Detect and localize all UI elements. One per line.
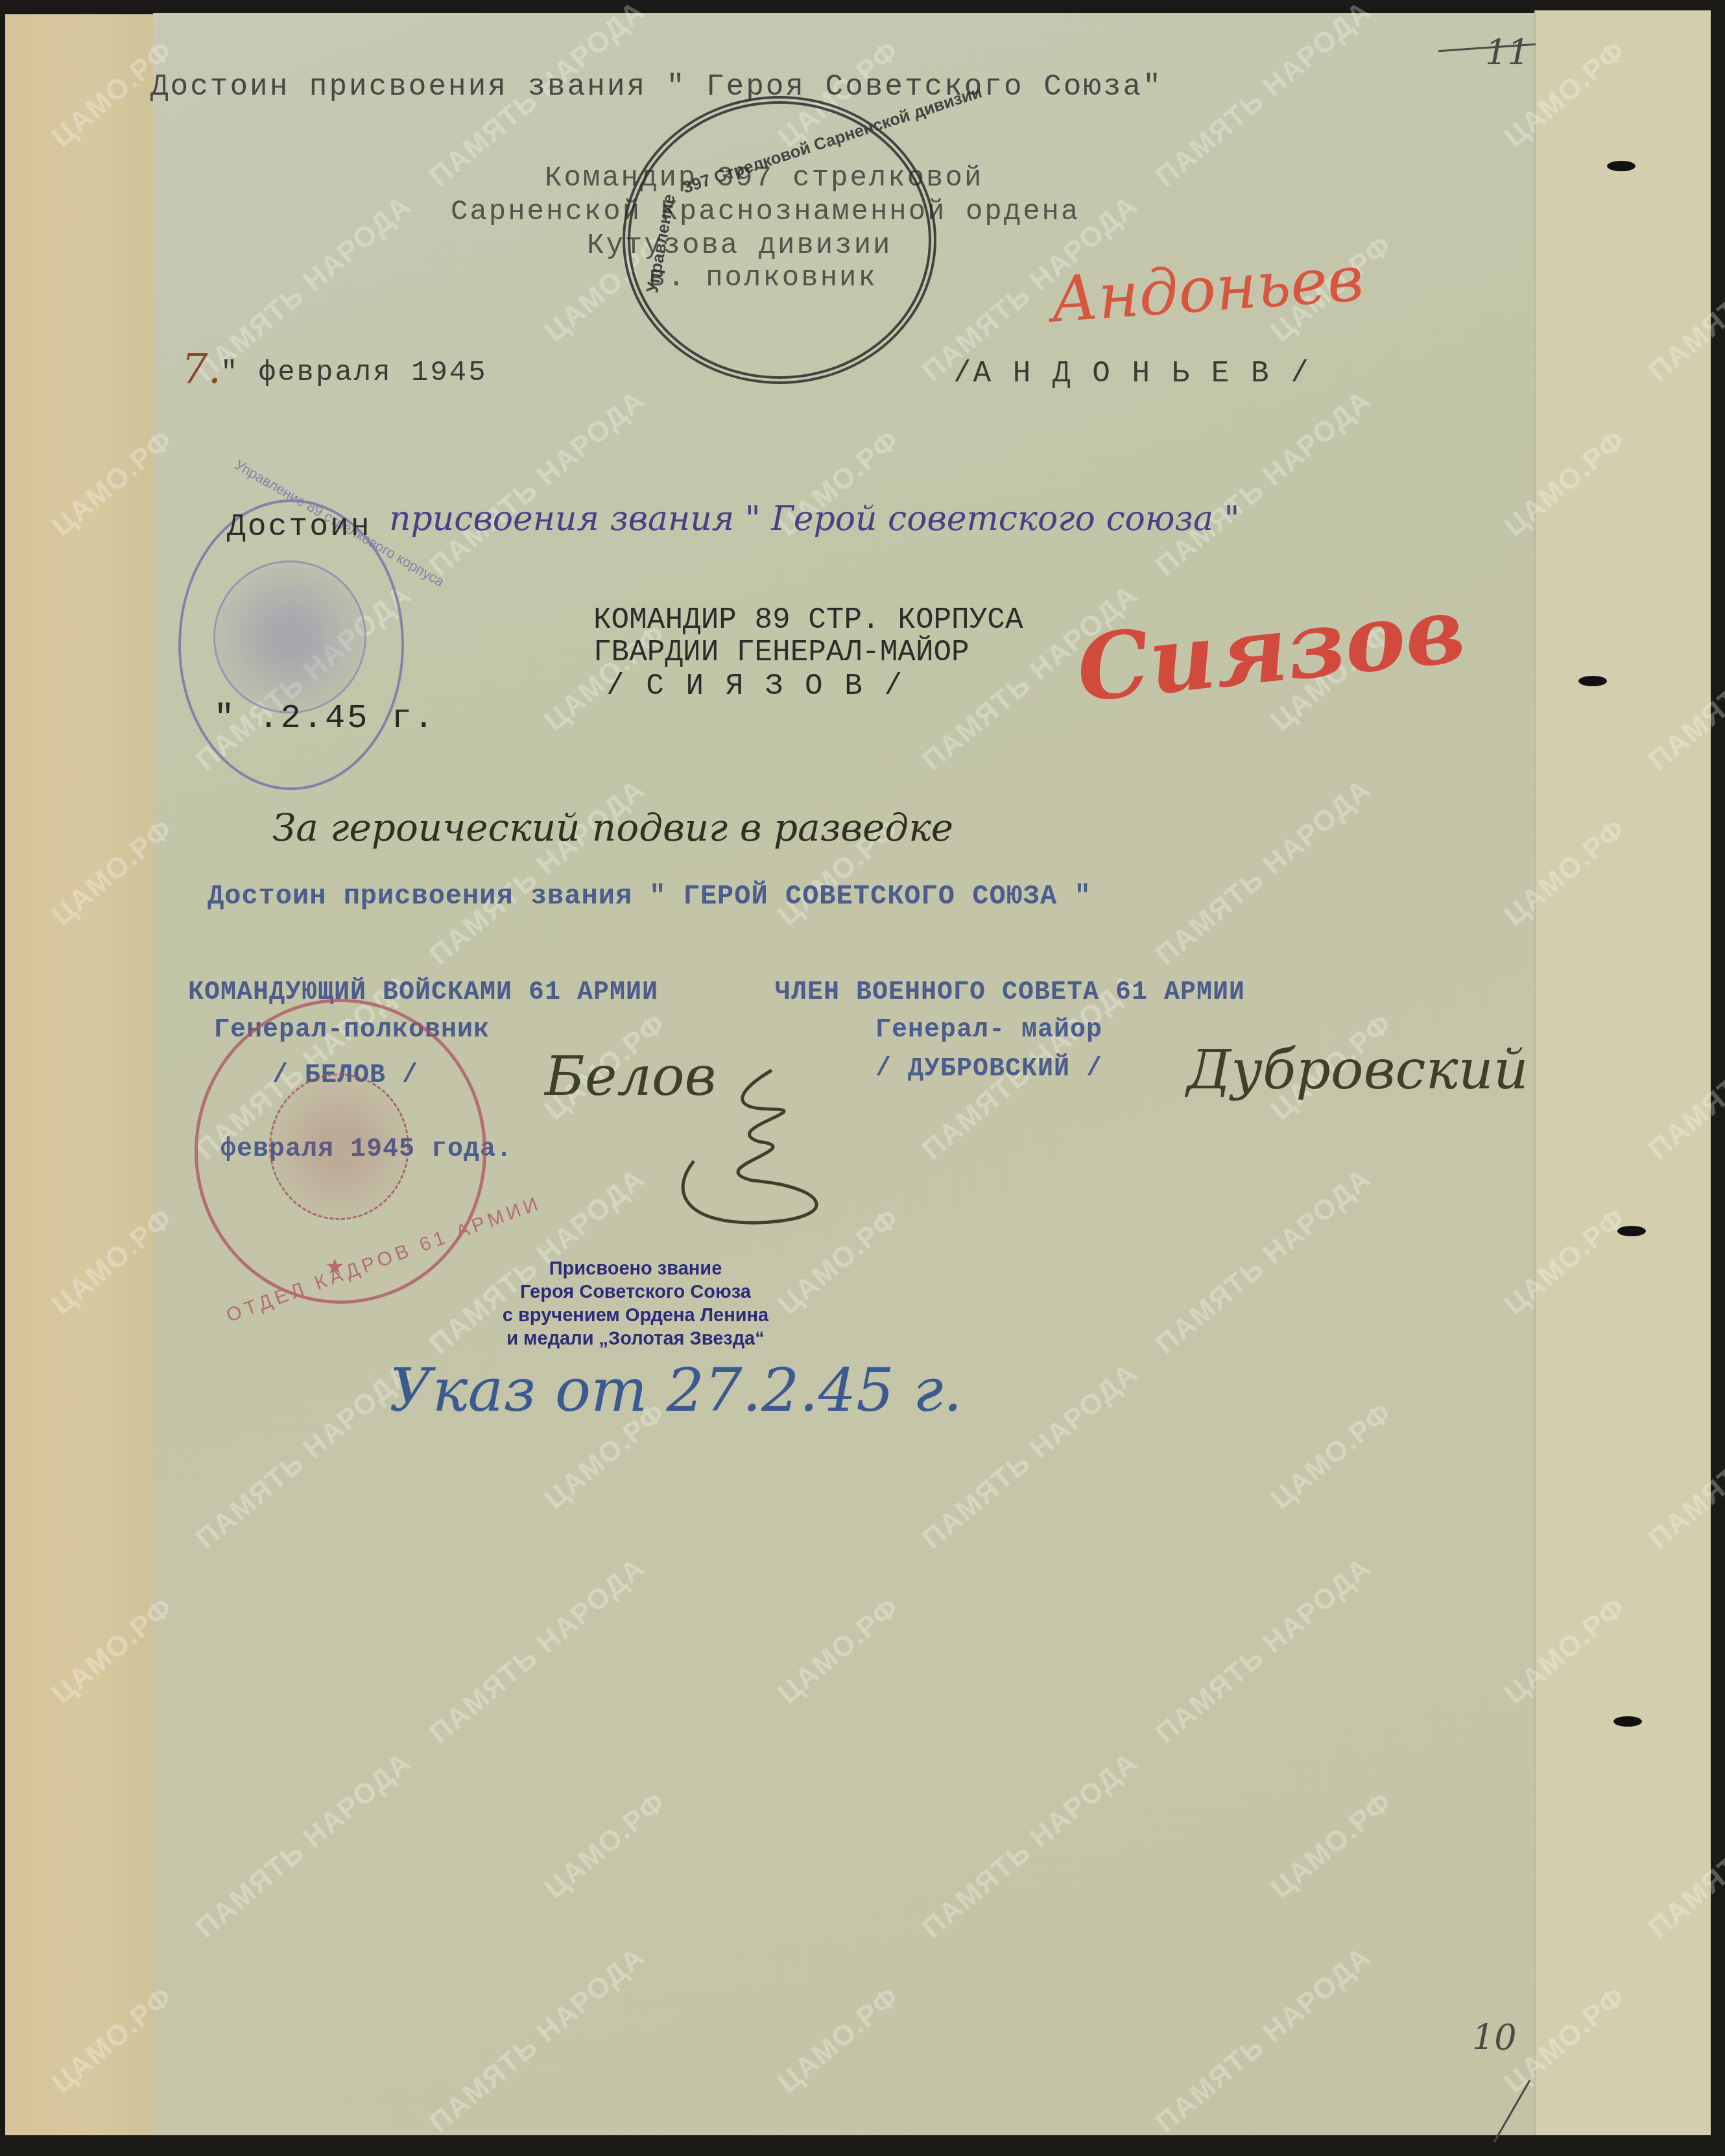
award-stamp-line2: Героя Советского Союза [454, 1280, 817, 1304]
army-resolution: Достоин присвоения звания " ГЕРОЙ СОВЕТС… [208, 881, 1091, 912]
award-confirmation-stamp: Присвоено звание Героя Советского Союза … [454, 1257, 817, 1350]
date-day-handwritten: 7. [182, 345, 221, 393]
corps-commander-line1: КОМАНДИР 89 СТР. КОРПУСА [593, 603, 1023, 637]
margin-note-top: 11 [1485, 32, 1530, 73]
heading-line: Достоин присвоения звания " Героя Советс… [150, 70, 1163, 104]
star-icon: ★ [325, 1254, 344, 1281]
army-commander-title: КОМАНДУЮЩИЙ ВОЙСКАМИ 61 АРМИИ [188, 978, 658, 1007]
corps-commander-line2: ГВАРДИИ ГЕНЕРАЛ-МАЙОР [593, 636, 970, 669]
military-council-name: / ДУБРОВСКИЙ / [875, 1055, 1102, 1084]
signature-name-andonyev: /А Н Д О Н Ь Е В / [953, 357, 1311, 390]
army-seal-emblem [269, 1073, 409, 1220]
award-stamp-line1: Присвоено звание [454, 1257, 817, 1280]
punch-hole [1578, 676, 1607, 686]
signature-flourish [661, 1064, 869, 1226]
signature-dubrovsky: Дубровский [1187, 1038, 1529, 1101]
punch-hole [1607, 161, 1636, 171]
coat-of-arms-emblem [213, 560, 366, 713]
punch-hole [1613, 1716, 1642, 1727]
handwritten-resolution: присвоения звания " Герой советского сою… [389, 499, 1239, 538]
corps-commander-line3: / С И Я З О В / [606, 669, 904, 703]
decree-handwritten: Указ от 27.2.45 г. [389, 1356, 962, 1425]
division-seal-prefix: Управление [642, 193, 679, 294]
date-line-2: " .2.45 г. [214, 699, 436, 737]
army-seal: ОТДЕЛ КАДРОВ 61 АРМИИ ★ [195, 999, 486, 1304]
award-stamp-line4: и медали „Золотая Звезда“ [454, 1327, 817, 1350]
resolution-prefix: Достоин [227, 510, 372, 545]
handwritten-reason: За героический подвиг в разведке [272, 806, 953, 850]
date-line-1: " февраля 1945 [220, 357, 488, 389]
division-seal: 397 Стрелковой Сарненской дивизии Управл… [623, 96, 936, 384]
left-binding-strip [5, 14, 154, 2135]
margin-note-bottom: 10 [1472, 2017, 1517, 2058]
military-council-title: ЧЛЕН ВОЕННОГО СОВЕТА 61 АРМИИ [775, 978, 1245, 1007]
military-council-rank: Генерал- майор [875, 1016, 1102, 1045]
award-stamp-line3: с вручением Ордена Ленина [454, 1304, 817, 1327]
